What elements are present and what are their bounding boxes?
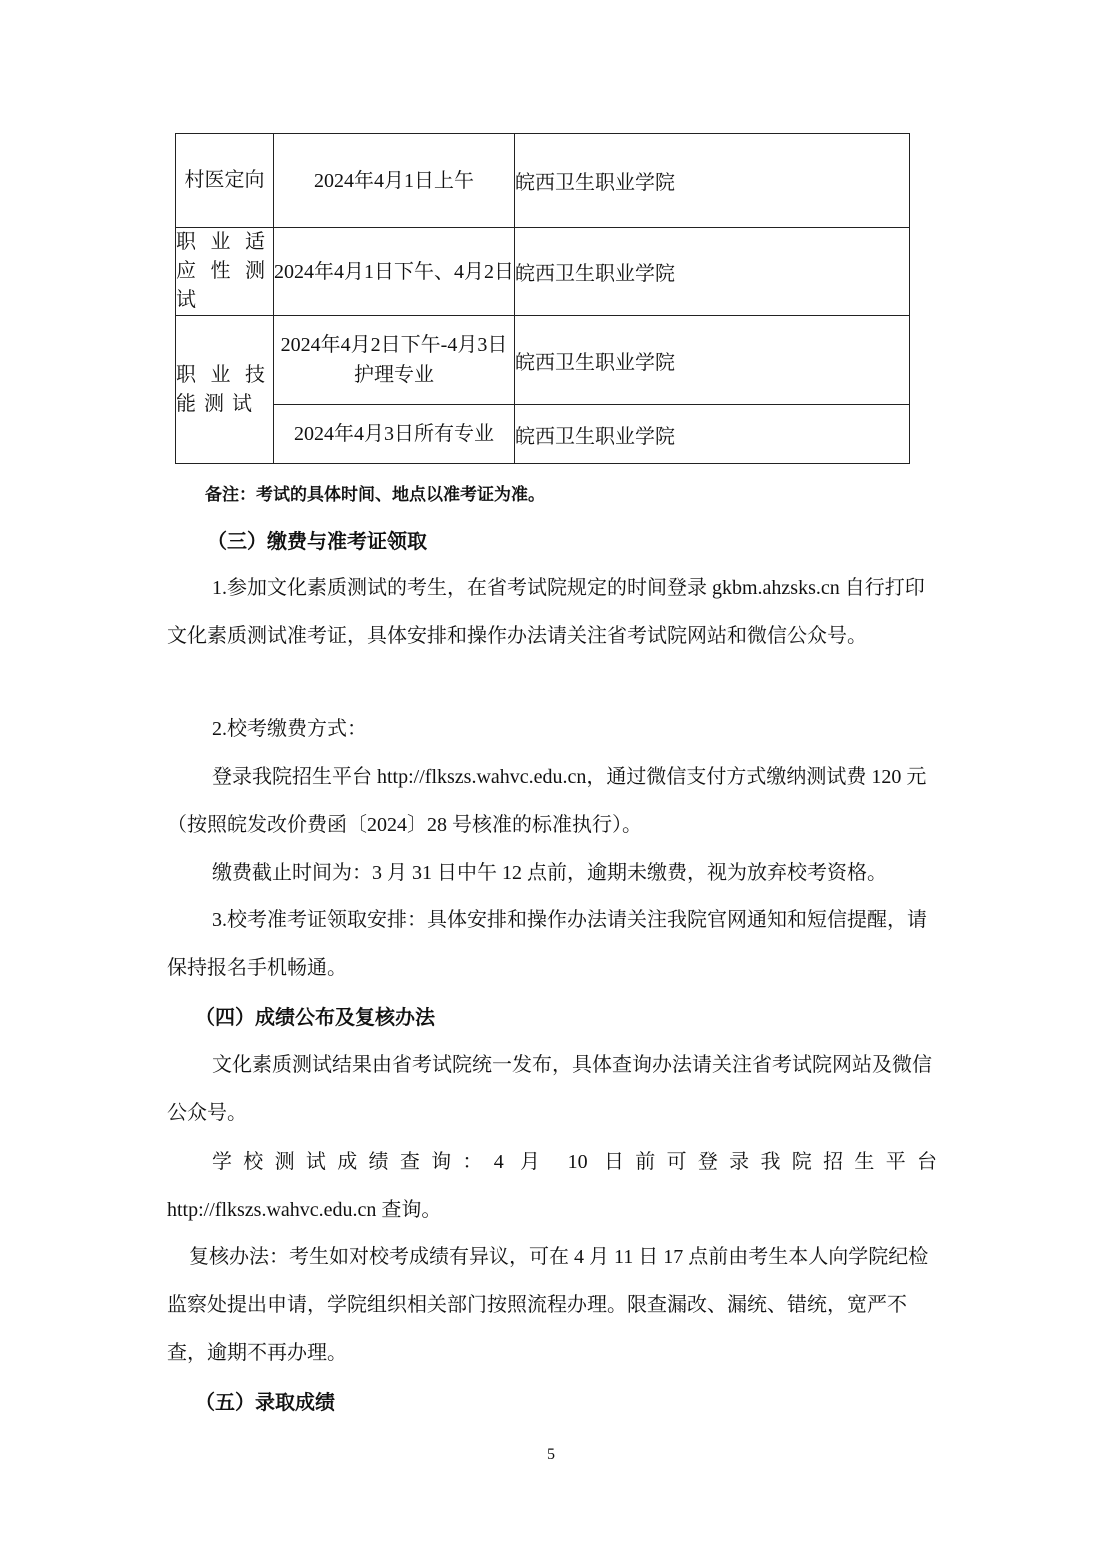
exam-schedule-table: 村医定向 2024年4月1日上午 皖西卫生职业学院 职业适应性测试 2024年4…	[175, 133, 910, 464]
section-3-item-3: 3.校考准考证领取安排：具体安排和操作办法请关注我院官网通知和短信提醒，请保持报…	[167, 896, 937, 992]
table-row: 职业技能测试 2024年4月2日下午-4月3日护理专业 皖西卫生职业学院	[176, 316, 910, 405]
section-4-para-2-line-2: http://flkszs.wahvc.edu.cn 查询。	[167, 1186, 937, 1234]
page-number: 5	[0, 1446, 1102, 1464]
section-3-item-2-deadline: 缴费截止时间为：3 月 31 日中午 12 点前，逾期未缴费，视为放弃校考资格。	[167, 849, 937, 897]
category-cell: 职业适应性测试	[176, 228, 274, 316]
category-cell: 职业技能测试	[176, 316, 274, 464]
location-cell: 皖西卫生职业学院	[515, 405, 910, 464]
section-4-heading: （四）成绩公布及复核办法	[195, 993, 965, 1041]
time-cell: 2024年4月3日所有专业	[274, 405, 515, 464]
table-note: 备注：考试的具体时间、地点以准考证为准。	[205, 471, 975, 519]
location-cell: 皖西卫生职业学院	[515, 228, 910, 316]
table-row: 村医定向 2024年4月1日上午 皖西卫生职业学院	[176, 134, 910, 228]
section-5-heading: （五）录取成绩	[195, 1378, 965, 1426]
section-3-item-2-body: 登录我院招生平台 http://flkszs.wahvc.edu.cn，通过微信…	[167, 753, 937, 849]
location-cell: 皖西卫生职业学院	[515, 134, 910, 228]
section-4-para-3: 复核办法：考生如对校考成绩有异议，可在 4 月 11 日 17 点前由考生本人向…	[167, 1233, 937, 1377]
section-3-item-1: 1.参加文化素质测试的考生，在省考试院规定的时间登录 gkbm.ahzsks.c…	[167, 564, 937, 660]
time-cell: 2024年4月1日上午	[274, 134, 515, 228]
location-cell: 皖西卫生职业学院	[515, 316, 910, 405]
time-cell: 2024年4月1日下午、4月2日	[274, 228, 515, 316]
section-3-item-2-title: 2.校考缴费方式：	[167, 705, 937, 753]
document-page: 村医定向 2024年4月1日上午 皖西卫生职业学院 职业适应性测试 2024年4…	[0, 0, 1102, 1559]
table-row: 2024年4月3日所有专业 皖西卫生职业学院	[176, 405, 910, 464]
section-4-para-2-line-1: 学校测试成绩查询：4 月 10 日前可登录我院招生平台	[167, 1138, 937, 1186]
section-4-para-1: 文化素质测试结果由省考试院统一发布，具体查询办法请关注省考试院网站及微信公众号。	[167, 1041, 937, 1137]
category-cell: 村医定向	[176, 134, 274, 228]
time-cell: 2024年4月2日下午-4月3日护理专业	[274, 316, 515, 405]
table-row: 职业适应性测试 2024年4月1日下午、4月2日 皖西卫生职业学院	[176, 228, 910, 316]
section-3-heading: （三）缴费与准考证领取	[207, 517, 977, 565]
